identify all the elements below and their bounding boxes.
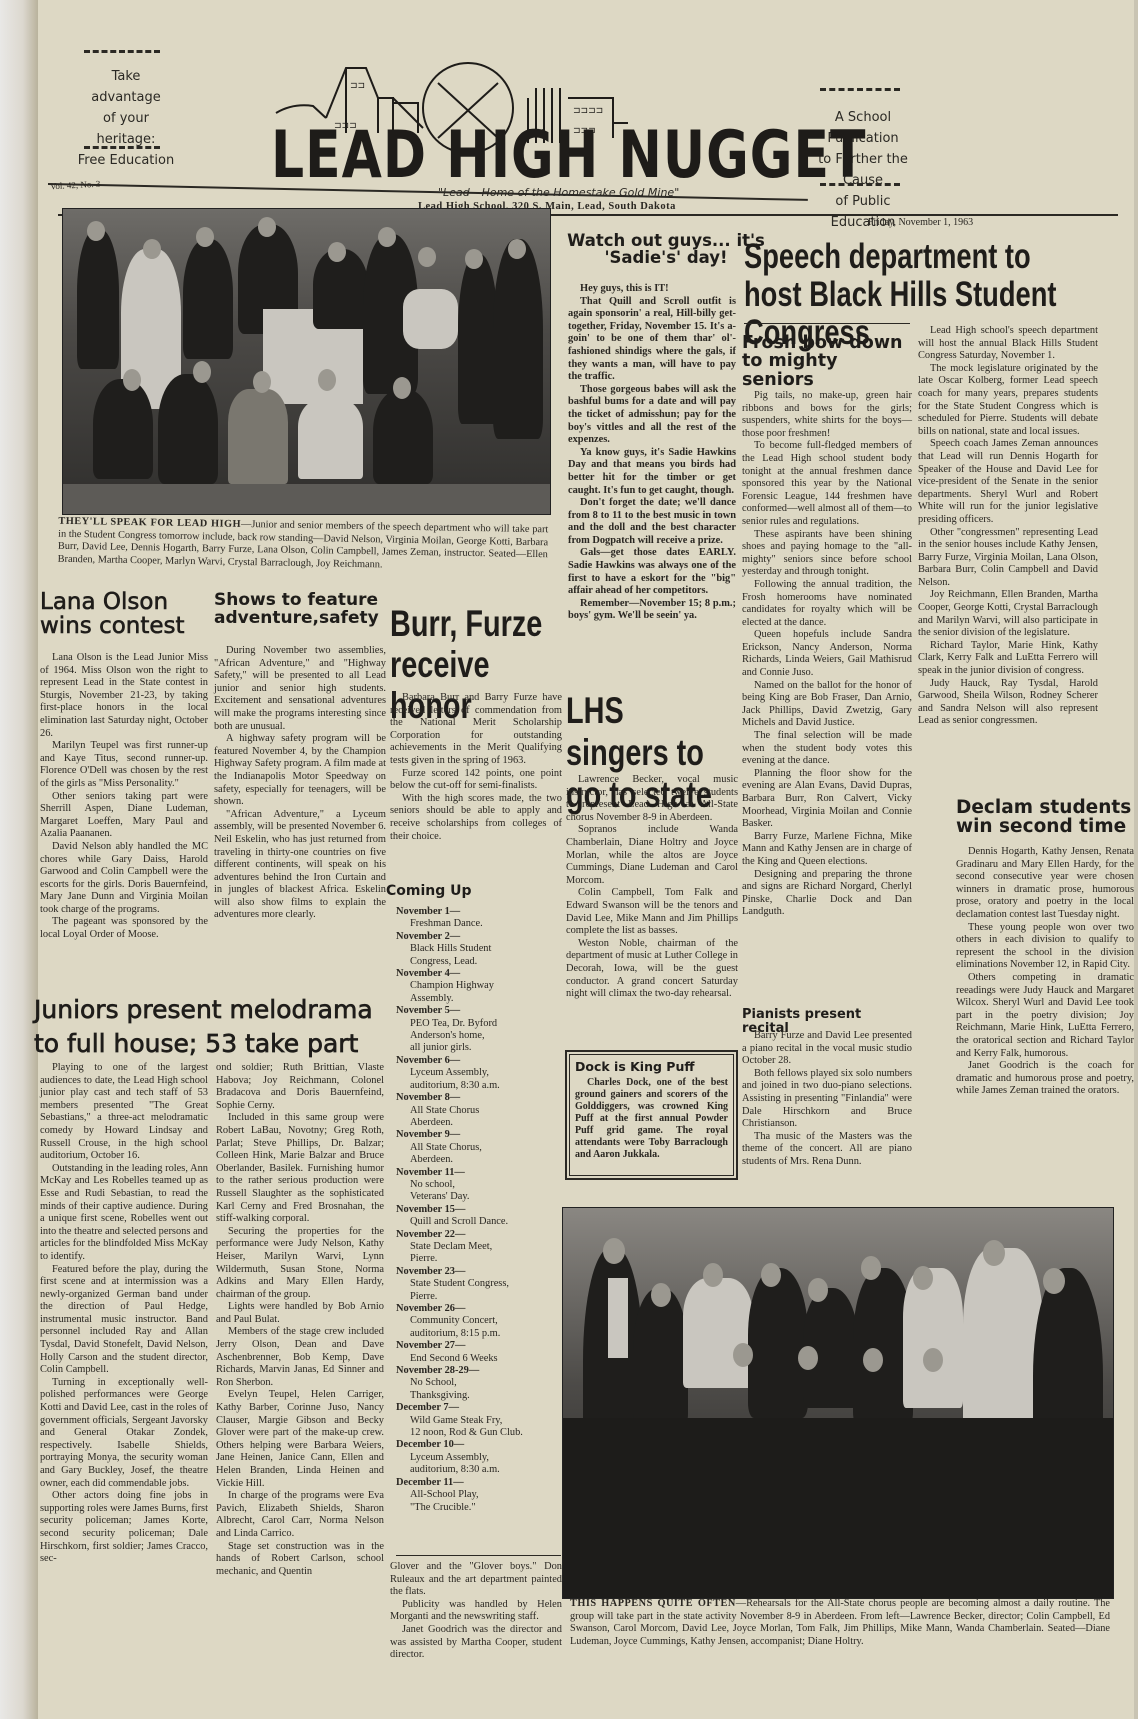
shows-headline: Shows to feature adventure,safety [214,592,390,628]
event-description: auditorium, 8:30 a.m. [396,1464,566,1476]
dock-article: Charles Dock, one of the best ground gai… [575,1077,728,1161]
paragraph: Janet Goodrich was the director and was … [390,1624,562,1662]
event-description: 12 noon, Rod & Gun Club. [396,1427,566,1439]
speech-article: Lead High school's speech department wil… [918,325,1098,728]
paragraph: The mock legislature originated by the l… [918,363,1098,439]
event-date: November 1— [396,906,566,918]
paragraph: Playing to one of the largest audiences … [40,1062,208,1163]
paragraph: Don't forget the date; we'll dance from … [568,497,736,547]
paragraph: Remember—November 15; 8 p.m.; boys' gym.… [568,598,736,623]
event-date: November 27— [396,1340,566,1352]
coming-up-list: November 1—Freshman Dance.November 2—Bla… [396,906,566,1514]
rule [396,1555,561,1556]
lana-headline: Lana Olson wins contest [40,590,210,638]
paragraph: Charles Dock, one of the best ground gai… [575,1077,728,1161]
event-description: auditorium, 8:15 p.m. [396,1328,566,1340]
paragraph: Following the annual tradition, the Fros… [742,579,912,629]
paragraph: Those gorgeous babes will ask the bashfu… [568,384,736,447]
caption-lead: THIS HAPPENS QUITE OFTEN [570,1598,736,1609]
paragraph: In charge of the programs were Eva Pavic… [216,1490,384,1540]
juniors-article-col3: Glover and the "Glover boys." Don Ruleau… [390,1561,562,1662]
paragraph: Members of the stage crew included Jerry… [216,1326,384,1389]
event-description: State Declam Meet, [396,1241,566,1253]
burr-article: Barbara Burr and Barry Furze have receiv… [390,692,562,843]
newspaper-page: Take advantage of your heritage: Free Ed… [38,0,1134,1719]
paragraph: Gals—get those dates EARLY. Sadie Hawkin… [568,547,736,597]
juniors-headline: Juniors present melodrama to full house;… [34,993,394,1061]
paragraph: Tha music of the Masters was the theme o… [742,1131,912,1169]
lana-article: Lana Olson is the Lead Junior Miss of 19… [40,652,208,942]
paragraph: Other "congressmen" representing Lead in… [918,527,1098,590]
paragraph: The pageant was sponsored by the local L… [40,916,208,941]
event-description: Veterans' Day. [396,1191,566,1203]
event-description: Thanksgiving. [396,1390,566,1402]
svg-text:⊐⊐: ⊐⊐ [350,81,365,91]
event-date: November 26— [396,1303,566,1315]
paragraph: The final selection will be made when th… [742,730,912,768]
divider-dash [84,146,160,149]
dock-headline: Dock is King Puff [575,1060,728,1073]
event-date: December 7— [396,1402,566,1414]
paragraph: With the high scores made, the two senio… [390,793,562,843]
paragraph: These young people won over two others i… [956,922,1134,972]
paragraph: Securing the properties for the performa… [216,1226,384,1302]
paragraph: Other actors doing fine jobs in supporti… [40,1490,208,1566]
event-description: all junior girls. [396,1042,566,1054]
event-description: Champion Highway [396,980,566,992]
divider-dash [820,88,900,91]
paragraph: Barry Furze, Marlene Fichna, Mike Mann a… [742,831,912,869]
singers-article: Lawrence Becker, vocal music instructor,… [566,774,738,1001]
tagline-line: Free Education [76,150,176,171]
coming-up-headline: Coming Up [386,884,472,899]
event-description: Black Hills Student [396,943,566,955]
event-description: Quill and Scroll Dance. [396,1216,566,1228]
event-description: Pierre. [396,1291,566,1303]
volume-label: Vol. 42, No. 3 [50,179,101,192]
event-date: November 5— [396,1005,566,1017]
paragraph: Publicity was handled by Helen Morganti … [390,1599,562,1624]
event-date: November 2— [396,931,566,943]
paragraph: Stage set construction was in the hands … [216,1541,384,1579]
paragraph: Lights were handled by Bob Arnio and Pau… [216,1301,384,1326]
shows-article: During November two assemblies, "African… [214,645,386,922]
event-description: No School, [396,1377,566,1389]
tagline-line: of your heritage: [76,108,176,150]
event-description: All-School Play, [396,1489,566,1501]
issue-date: Friday, November 1, 1963 [868,217,973,228]
tagline-line: Take advantage [76,66,176,108]
event-description: Aberdeen. [396,1154,566,1166]
event-description: Lyceum Assembly, [396,1067,566,1079]
paragraph: Outstanding in the leading roles, Ann Mc… [40,1163,208,1264]
pianists-article: Barry Furze and David Lee presented a pi… [742,1030,912,1169]
event-description: No school, [396,1179,566,1191]
rule [744,323,910,324]
event-description: auditorium, 8:30 a.m. [396,1080,566,1092]
event-date: December 10— [396,1439,566,1451]
paragraph: Richard Taylor, Marie Hink, Kathy Clark,… [918,640,1098,678]
event-date: November 28-29— [396,1365,566,1377]
paragraph: Lana Olson is the Lead Junior Miss of 19… [40,652,208,740]
speech-team-photo [62,208,551,515]
paragraph: "African Adventure," a Lyceum assembly, … [214,809,386,922]
event-date: November 8— [396,1092,566,1104]
event-description: Wild Game Steak Fry, [396,1415,566,1427]
paragraph: That Quill and Scroll outfit is again sp… [568,296,736,384]
paragraph: Evelyn Teupel, Helen Carriger, Kathy Bar… [216,1389,384,1490]
event-description: Anderson's home, [396,1030,566,1042]
paragraph: Furze scored 142 points, one point below… [390,768,562,793]
event-description: All State Chorus, [396,1142,566,1154]
event-date: November 11— [396,1167,566,1179]
paragraph: A highway safety program will be feature… [214,733,386,809]
juniors-article-col1: Playing to one of the largest audiences … [40,1062,208,1566]
event-description: Pierre. [396,1253,566,1265]
paragraph: Weston Noble, chairman of the department… [566,938,738,1001]
sadie-headline: Watch out guys... it's 'Sadie's' day! [566,232,766,267]
bottom-photo-caption: THIS HAPPENS QUITE OFTEN—Rehearsals for … [570,1598,1110,1648]
paragraph: Planning the floor show for the evening … [742,768,912,831]
paragraph: Barbara Burr and Barry Furze have receiv… [390,692,562,768]
event-date: November 22— [396,1229,566,1241]
paragraph: Hey guys, this is IT! [568,283,736,296]
event-description: Congress, Lead. [396,956,566,968]
paragraph: Marilyn Teupel was first runner-up and K… [40,740,208,790]
paragraph: Lead High school's speech department wil… [918,325,1098,363]
paragraph: Pig tails, no make-up, green hair ribbon… [742,390,912,440]
paragraph: Janet Goodrich is the coach for dramatic… [956,1060,1134,1098]
paragraph: Named on the ballot for the honor of bei… [742,680,912,730]
sadie-article: Hey guys, this is IT! That Quill and Scr… [568,283,736,623]
paragraph: Joy Reichmann, Ellen Branden, Martha Coo… [918,589,1098,639]
declam-article: Dennis Hogarth, Kathy Jensen, Renata Gra… [956,846,1134,1098]
event-description: "The Crucible." [396,1502,566,1514]
event-date: November 9— [396,1129,566,1141]
event-description: All State Chorus [396,1105,566,1117]
paragraph: Speech coach James Zeman announces that … [918,438,1098,526]
event-date: November 15— [396,1204,566,1216]
paragraph: Judy Hauck, Ray Tysdal, Harold Garwood, … [918,678,1098,728]
paragraph: Glover and the "Glover boys." Don Ruleau… [390,1561,562,1599]
event-description: Community Concert, [396,1315,566,1327]
paragraph: Colin Campbell, Tom Falk and Edward Swan… [566,887,738,937]
paragraph: David Nelson ably handled the MC chores … [40,841,208,917]
binding-edge [0,0,38,1719]
paragraph: ond soldier; Ruth Brittian, Vlaste Habov… [216,1062,384,1112]
paragraph: Other seniors taking part were Sherrill … [40,791,208,841]
frosh-headline: Frosh bow down to mighty seniors [742,334,912,389]
frosh-article: Pig tails, no make-up, green hair ribbon… [742,390,912,919]
declam-headline: Declam students win second time [956,798,1136,837]
paragraph: Both fellows played six solo numbers and… [742,1068,912,1131]
event-description: PEO Tea, Dr. Byford [396,1018,566,1030]
paragraph: Lawrence Becker, vocal music instructor,… [566,774,738,824]
left-tagline: Take advantage of your heritage: Free Ed… [76,66,176,171]
paragraph: These aspirants have been shining shoes … [742,529,912,579]
juniors-article-col2: ond soldier; Ruth Brittian, Vlaste Habov… [216,1062,384,1578]
paragraph: Turning in exceptionally well-polished p… [40,1377,208,1490]
svg-text:⊐⊐⊐⊐: ⊐⊐⊐⊐ [573,106,603,116]
paragraph: To become full-fledged members of the Le… [742,440,912,528]
paragraph: Sopranos include Wanda Chamberlain, Dian… [566,824,738,887]
masthead-title: LEAD HIGH NUGGET [271,118,866,193]
divider-dash [84,50,160,53]
event-date: November 23— [396,1266,566,1278]
paragraph: Others competing in dramatic reeadings w… [956,972,1134,1060]
event-date: November 4— [396,968,566,980]
event-description: End Second 6 Weeks [396,1353,566,1365]
paragraph: Ya know guys, it's Sadie Hawkins Day and… [568,447,736,497]
masthead-motto: "Lead---Home of the Homestake Gold Mine" [438,186,679,199]
event-date: December 11— [396,1477,566,1489]
event-description: Aberdeen. [396,1117,566,1129]
paragraph: Barry Furze and David Lee presented a pi… [742,1030,912,1068]
event-date: November 6— [396,1055,566,1067]
paragraph: Featured before the play, during the fir… [40,1264,208,1377]
paragraph: Dennis Hogarth, Kathy Jensen, Renata Gra… [956,846,1134,922]
event-description: Lyceum Assembly, [396,1452,566,1464]
dock-box: Dock is King Puff Charles Dock, one of t… [565,1050,738,1180]
paragraph: Queen hopefuls include Sandra Erickson, … [742,629,912,679]
paragraph: During November two assemblies, "African… [214,645,386,733]
paragraph: Included in this same group were Robert … [216,1112,384,1225]
event-description: Assembly. [396,993,566,1005]
paragraph: Designing and preparing the throne and s… [742,869,912,919]
event-description: State Student Congress, [396,1278,566,1290]
top-photo-caption: THEY'LL SPEAK FOR LEAD HIGH—Junior and s… [58,516,549,575]
event-description: Freshman Dance. [396,918,566,930]
chorus-photo [562,1207,1114,1599]
